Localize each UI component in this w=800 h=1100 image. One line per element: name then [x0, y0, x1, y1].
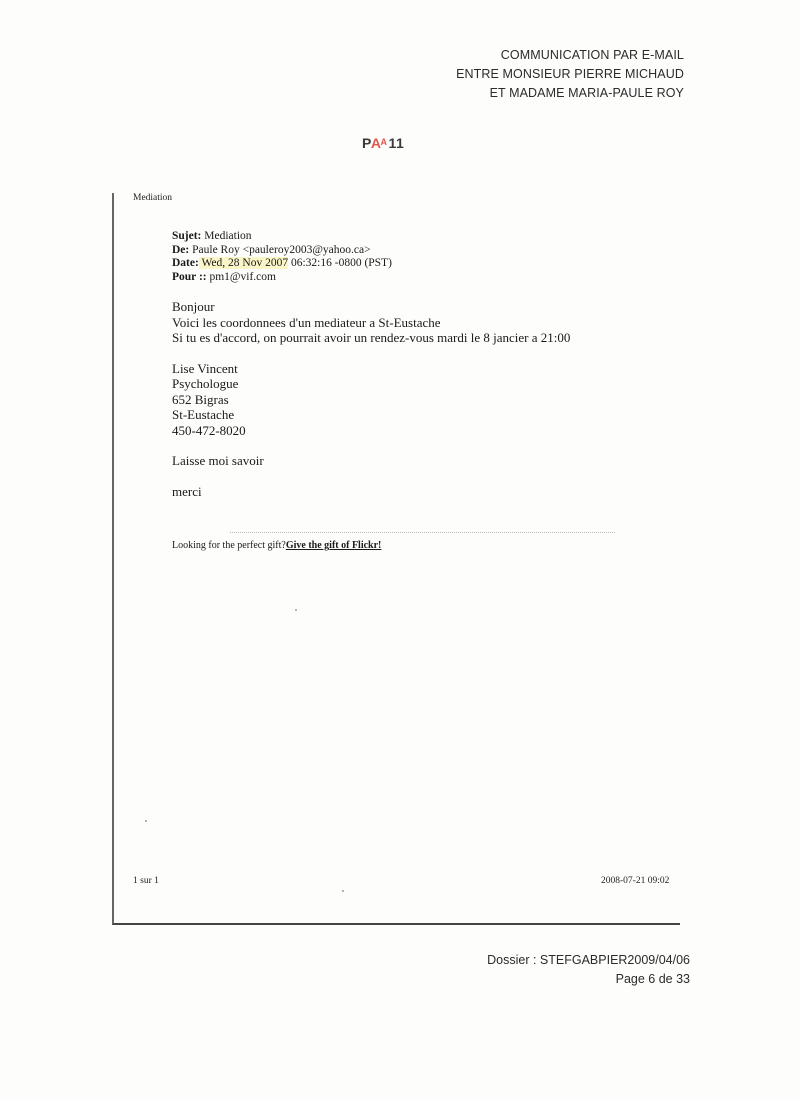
date-highlighted: Wed, 28 Nov 2007	[199, 257, 288, 269]
page-count: 1 sur 1	[133, 876, 159, 886]
greeting-paragraph: Bonjour Voici les coordonnees d'un media…	[172, 299, 570, 346]
to-row: Pour :: pm1@vif.com	[172, 271, 392, 285]
exhibit-label: PAA11	[362, 135, 404, 151]
contact-street: 652 Bigras	[172, 392, 570, 408]
date-label: Date:	[172, 257, 199, 269]
print-date: 2008-07-21 09:02	[601, 876, 669, 886]
email-body: Bonjour Voici les coordonnees d'un media…	[172, 299, 570, 514]
signature-divider	[230, 532, 615, 533]
scan-speck	[145, 820, 147, 822]
email-headers: Sujet: Mediation De: Paule Roy <pauleroy…	[172, 230, 392, 284]
contact-block: Lise Vincent Psychologue 652 Bigras St-E…	[172, 361, 570, 439]
from-value: Paule Roy <pauleroy2003@yahoo.ca>	[192, 244, 370, 256]
closing-line: merci	[172, 484, 570, 500]
to-value: pm1@vif.com	[209, 271, 275, 283]
from-label: De:	[172, 244, 189, 256]
greeting-line: Bonjour	[172, 299, 570, 315]
subject-row: Sujet: Mediation	[172, 230, 392, 244]
header-line-3: ET MADAME MARIA-PAULE ROY	[456, 84, 684, 103]
dossier-number: Dossier : STEFGABPIER2009/04/06	[487, 951, 690, 970]
greeting-line: Voici les coordonnees d'un mediateur a S…	[172, 315, 570, 331]
exhibit-number: 11	[388, 135, 404, 151]
date-row: Date: Wed, 28 Nov 2007 06:32:16 -0800 (P…	[172, 257, 392, 271]
contact-phone: 450-472-8020	[172, 423, 570, 439]
header-line-2: ENTRE MONSIEUR PIERRE MICHAUD	[456, 65, 684, 84]
contact-name: Lise Vincent	[172, 361, 570, 377]
scan-speck	[295, 609, 297, 611]
from-row: De: Paule Roy <pauleroy2003@yahoo.ca>	[172, 244, 392, 258]
greeting-line: Si tu es d'accord, on pourrait avoir un …	[172, 330, 570, 346]
subject-label: Sujet:	[172, 230, 201, 242]
closing-paragraph: merci	[172, 484, 570, 500]
promo-line: Looking for the perfect gift?Give the gi…	[172, 540, 381, 551]
promo-link[interactable]: Give the gift of Flickr!	[286, 540, 382, 551]
exhibit-prefix: P	[362, 135, 371, 151]
contact-city: St-Eustache	[172, 407, 570, 423]
scan-speck	[342, 890, 344, 892]
page-number: Page 6 de 33	[487, 970, 690, 989]
to-label: Pour ::	[172, 271, 207, 283]
request-paragraph: Laisse moi savoir	[172, 453, 570, 469]
promo-text: Looking for the perfect gift?	[172, 540, 286, 551]
exhibit-superscript: A	[380, 137, 387, 147]
document-footer: Dossier : STEFGABPIER2009/04/06 Page 6 d…	[487, 951, 690, 989]
request-line: Laisse moi savoir	[172, 453, 570, 469]
header-line-1: COMMUNICATION PAR E-MAIL	[456, 46, 684, 65]
subject-value: Mediation	[204, 230, 251, 242]
date-rest: 06:32:16 -0800 (PST)	[291, 257, 392, 269]
printout-title: Mediation	[133, 193, 172, 203]
document-header: COMMUNICATION PAR E-MAIL ENTRE MONSIEUR …	[456, 46, 684, 103]
contact-title: Psychologue	[172, 376, 570, 392]
